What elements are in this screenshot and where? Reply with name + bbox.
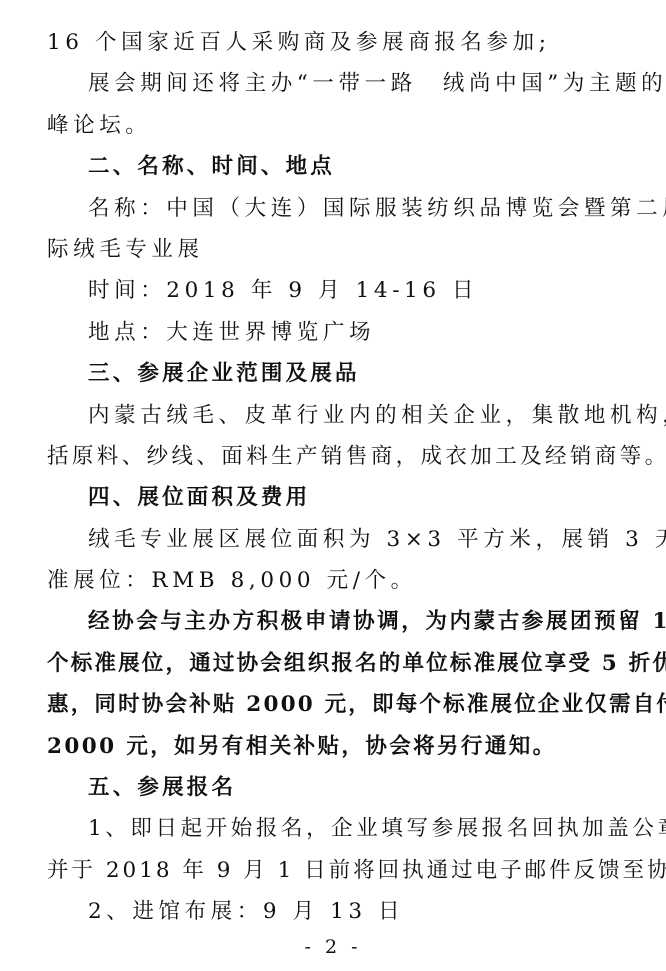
paragraph-line: 16 个国家近百人采购商及参展商报名参加;	[47, 22, 603, 63]
paragraph-line: 内蒙古绒毛、皮革行业内的相关企业，集散地机构，包	[47, 395, 603, 436]
bold-paragraph-line: 2000 元，如另有相关补贴，协会将另行通知。	[47, 726, 603, 767]
paragraph-line: 准展位：RMB 8,000 元/个。	[47, 560, 603, 601]
page-number: - 2 -	[0, 936, 666, 958]
section-heading-4: 四、展位面积及费用	[47, 477, 603, 518]
section-heading-2: 二、名称、时间、地点	[47, 146, 603, 187]
paragraph-line: 展会期间还将主办“一带一路 绒尚中国”为主题的高	[47, 63, 603, 104]
paragraph-line: 峰论坛。	[47, 105, 603, 146]
paragraph-line: 括原料、纱线、面料生产销售商，成衣加工及经销商等。	[47, 436, 603, 477]
paragraph-line: 并于 2018 年 9 月 1 日前将回执通过电子邮件反馈至协会。	[47, 850, 603, 891]
bold-paragraph-line: 个标准展位，通过协会组织报名的单位标准展位享受 5 折优	[47, 643, 603, 684]
paragraph-line: 际绒毛专业展	[47, 229, 603, 270]
document-page: 16 个国家近百人采购商及参展商报名参加; 展会期间还将主办“一带一路 绒尚中国…	[47, 22, 603, 933]
paragraph-line: 时间：2018 年 9 月 14-16 日	[47, 270, 603, 311]
paragraph-line: 2、进馆布展：9 月 13 日	[47, 891, 603, 932]
bold-paragraph-line: 经协会与主办方积极申请协调，为内蒙古参展团预留 15	[47, 601, 603, 642]
paragraph-line: 地点：大连世界博览广场	[47, 312, 603, 353]
section-heading-3: 三、参展企业范围及展品	[47, 353, 603, 394]
paragraph-line: 1、即日起开始报名，企业填写参展报名回执加盖公章，	[47, 808, 603, 849]
bold-paragraph-line: 惠，同时协会补贴 2000 元，即每个标准展位企业仅需自付	[47, 684, 603, 725]
paragraph-line: 绒毛专业展区展位面积为 3×3 平方米，展销 3 天，标	[47, 519, 603, 560]
section-heading-5: 五、参展报名	[47, 767, 603, 808]
paragraph-line: 名称：中国（大连）国际服装纺织品博览会暨第二届国	[47, 188, 603, 229]
